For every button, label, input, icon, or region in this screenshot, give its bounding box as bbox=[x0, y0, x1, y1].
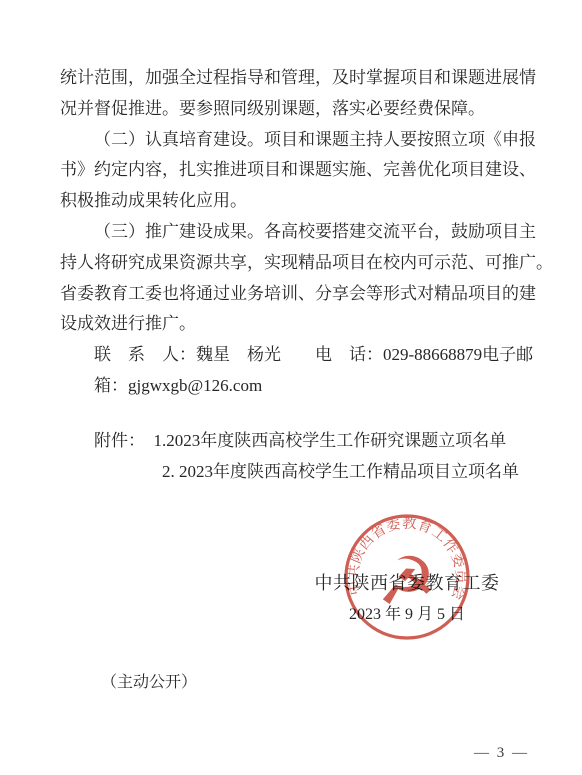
body-line: 省委教育工委也将通过业务培训、分享会等形式对精品项目的建 bbox=[60, 279, 542, 310]
body-line: 统计范围，加强全过程指导和管理，及时掌握项目和课题进展情 bbox=[60, 63, 542, 94]
official-seal: 中共陕西省委教育工作委员会 ☭ bbox=[337, 507, 477, 647]
body-line: 持人将研究成果资源共享，实现精品项目在校内可示范、可推广。 bbox=[60, 248, 542, 279]
attachment-list: 附件： 1.2023年度陕西高校学生工作研究课题立项名单 2. 2023年度陕西… bbox=[60, 426, 542, 488]
body-line: 设成效进行推广。 bbox=[60, 309, 542, 340]
page-number: — 3 — bbox=[474, 745, 529, 762]
contact-line: 箱：gjgwxgb@126.com bbox=[60, 371, 542, 402]
attachment-item: 附件： 1.2023年度陕西高校学生工作研究课题立项名单 bbox=[60, 426, 542, 457]
body-line: 积极推动成果转化应用。 bbox=[60, 186, 542, 217]
body-line: 况并督促推进。要参照同级别课题，落实必要经费保障。 bbox=[60, 94, 542, 125]
body-text-block: 统计范围，加强全过程指导和管理，及时掌握项目和课题进展情 况并督促推进。要参照同… bbox=[60, 63, 542, 487]
attachment-item: 2. 2023年度陕西高校学生工作精品项目立项名单 bbox=[60, 457, 542, 488]
party-emblem-icon: ☭ bbox=[377, 543, 436, 620]
body-line: 书》约定内容，扎实推进项目和课题实施、完善优化项目建设、 bbox=[60, 155, 542, 186]
contact-line: 联 系 人：魏星 杨光 电 话：029-88668879电子邮 bbox=[60, 340, 542, 371]
document-page: 统计范围，加强全过程指导和管理，及时掌握项目和课题进展情 况并督促推进。要参照同… bbox=[0, 0, 582, 775]
body-line: （二）认真培育建设。项目和课题主持人要按照立项《申报 bbox=[60, 125, 542, 156]
body-line: （三）推广建设成果。各高校要搭建交流平台，鼓励项目主 bbox=[60, 217, 542, 248]
disclosure-note: （主动公开） bbox=[101, 671, 197, 695]
